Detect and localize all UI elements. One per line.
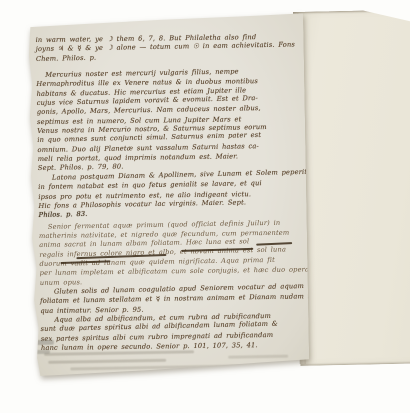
show-through-mark xyxy=(70,365,238,371)
written-page-wrap: in warm water, ye ☽ them 6, 7, 8. But Ph… xyxy=(0,0,410,413)
written-page: in warm water, ye ☽ them 6, 7, 8. But Ph… xyxy=(22,13,309,376)
show-through-mark xyxy=(34,350,50,354)
show-through-mark xyxy=(228,355,288,359)
show-through-mark xyxy=(48,359,166,364)
handwriting-block: in warm water, ye ☽ them 6, 7, 8. But Ph… xyxy=(36,31,305,353)
manuscript-photo: in warm water, ye ☽ them 6, 7, 8. But Ph… xyxy=(0,0,410,413)
show-through-mark xyxy=(32,340,54,345)
